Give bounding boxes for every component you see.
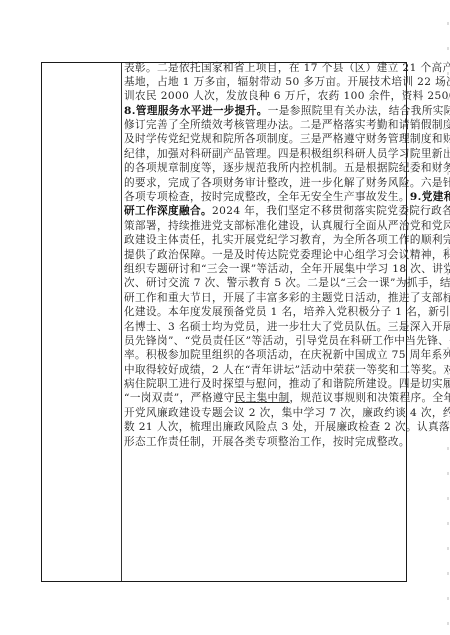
text-line: 率。积极参加院里组织的各项活动，在庆祝新中国成立 75 周年系列活动 bbox=[124, 348, 403, 362]
section-heading: 研工作深度融合。 bbox=[124, 205, 212, 217]
body-text: 的各项规章制度等，逐步规范我所内控机制。五是根据院纪委和财务处 bbox=[124, 162, 450, 174]
text-line: 员先锋岗”、“党员责任区”等活动，引导党员在科研工作中当先锋、作表 bbox=[124, 334, 403, 348]
text-line: 的要求，完成了各项财务审计整改，进一步化解了财务风险。六是针对 bbox=[124, 176, 403, 190]
table-content-cell: 表彰。二是依托国家和省上项目，在 17 个县（区）建立 21 个高产示范基地，占… bbox=[122, 63, 406, 581]
body-text: 纪律，加强对科研副产品管理。四是积极组织科研人员学习院里新出台 bbox=[124, 148, 450, 160]
body-text: 政建设主体责任，扎实开展党纪学习教育，为全所各项工作的顺利完成 bbox=[124, 234, 450, 246]
body-text: 中取得较好成绩，2 人在“青年讲坛”活动中荣获一等奖和二等奖。对患 bbox=[124, 364, 450, 376]
body-text: 表彰。二是依托国家和省上项目，在 17 个县（区）建立 21 个高产示范 bbox=[124, 62, 450, 74]
underlined-text: 民主集中制 bbox=[235, 392, 290, 404]
body-text: 次、研讨交流 7 次、警示教育 5 次。二是以“三会一课”为抓手，结合科 bbox=[124, 277, 450, 289]
text-line: 纪律，加强对科研副产品管理。四是积极组织科研人员学习院里新出台 bbox=[124, 147, 403, 161]
text-line: 8.管理服务水平进一步提升。一是参照院里有关办法，结合我所实际， bbox=[124, 104, 403, 118]
text-line: 化建设。本年度发展预备党员 1 名，培养入党积极分子 1 名，新引进 4 bbox=[124, 305, 403, 319]
text-line: 组织专题研讨和“三会一课”等活动，全年开展集中学习 18 次、讲党课 7 bbox=[124, 262, 403, 276]
body-text: 策部署，持续推进党支部标准化建设，认真履行全面从严治党和党风廉 bbox=[124, 220, 450, 232]
scan-edge-marks bbox=[447, 0, 449, 635]
body-text: 化建设。本年度发展预备党员 1 名，培养入党积极分子 1 名，新引进 4 bbox=[124, 306, 450, 318]
body-text: 的要求，完成了各项财务审计整改，进一步化解了财务风险。六是针对 bbox=[124, 177, 450, 189]
body-text: 数 21 人次，梳理出廉政风险点 3 处，开展廉政检查 2 次。认真落实意识 bbox=[124, 421, 450, 433]
body-text: 一是参照院里有关办法，结合我所实际， bbox=[268, 105, 450, 117]
text-line: 研工作深度融合。2024 年，我们坚定不移贯彻落实院党委院行政各项决 bbox=[124, 204, 403, 218]
text-line: 研工作和重大节日，开展了丰富多彩的主题党日活动，推进了支部标准 bbox=[124, 291, 403, 305]
body-text: 基地，占地 1 万多亩，辐射带动 50 多万亩。开展技术培训 22 场次，培 bbox=[124, 76, 450, 88]
body-text: 研工作和重大节日，开展了丰富多彩的主题党日活动，推进了支部标准 bbox=[124, 292, 450, 304]
text-line: 及时学传党纪党规和院所各项制度。三是严格遵守财务管理制度和财经 bbox=[124, 132, 403, 146]
text-line: 基地，占地 1 万多亩，辐射带动 50 多万亩。开展技术培训 22 场次，培 bbox=[124, 75, 403, 89]
table-label-cell bbox=[42, 63, 121, 581]
section-heading: 8.管理服务水平进一步提升。 bbox=[124, 105, 268, 117]
text-line: 政建设主体责任，扎实开展党纪学习教育，为全所各项工作的顺利完成 bbox=[124, 233, 403, 247]
text-line: 表彰。二是依托国家和省上项目，在 17 个县（区）建立 21 个高产示范 bbox=[124, 61, 403, 75]
text-line: 修订完善了全所绩效考核管理办法。二是严格落实考勤和请销假制度， bbox=[124, 118, 403, 132]
body-text: 提供了政治保障。一是及时传达院党委理论中心组学习会议精神，积极 bbox=[124, 249, 450, 261]
text-line: 中取得较好成绩，2 人在“青年讲坛”活动中荣获一等奖和二等奖。对患 bbox=[124, 363, 403, 377]
report-table: 表彰。二是依托国家和省上项目，在 17 个县（区）建立 21 个高产示范基地，占… bbox=[41, 62, 407, 582]
body-text: 开党风廉政建设专题会议 2 次，集中学习 7 次，廉政约谈 4 次，约谈人 bbox=[124, 407, 450, 419]
body-text: 组织专题研讨和“三会一课”等活动，全年开展集中学习 18 次、讲党课 7 bbox=[124, 263, 450, 275]
text-line: 策部署，持续推进党支部标准化建设，认真履行全面从严治党和党风廉 bbox=[124, 219, 403, 233]
body-text: ，规范议事规则和决策程序。全年召 bbox=[290, 392, 450, 404]
body-text: 员先锋岗”、“党员责任区”等活动，引导党员在科研工作中当先锋、作表 bbox=[124, 335, 450, 347]
text-line: 训农民 2000 人次，发放良种 6 万斤，农药 100 余件，资料 2500 … bbox=[124, 89, 403, 103]
body-text: 修订完善了全所绩效考核管理办法。二是严格落实考勤和请销假制度， bbox=[124, 119, 450, 131]
body-text: “一岗双责”，严格遵守 bbox=[124, 392, 235, 404]
body-text: 形态工作责任制，开展各类专项整治工作，按时完成整改。 bbox=[124, 436, 410, 448]
text-line: 各项专项检查，按时完成整改，全年无安全生产事故发生。9.党建和科 bbox=[124, 190, 403, 204]
text-line: 名博士、3 名硕士均为党员，进一步壮大了党员队伍。三是深入开展“党 bbox=[124, 320, 403, 334]
body-text: 训农民 2000 人次，发放良种 6 万斤，农药 100 余件，资料 2500 … bbox=[124, 90, 450, 102]
text-line: “一岗双责”，严格遵守民主集中制，规范议事规则和决策程序。全年召 bbox=[124, 391, 403, 405]
body-text: 病住院职工进行及时探望与慰问，推动了和谐院所建设。四是切实履行 bbox=[124, 378, 450, 390]
text-line: 病住院职工进行及时探望与慰问，推动了和谐院所建设。四是切实履行 bbox=[124, 377, 403, 391]
body-text: 及时学传党纪党规和院所各项制度。三是严格遵守财务管理制度和财经 bbox=[124, 133, 450, 145]
text-line: 次、研讨交流 7 次、警示教育 5 次。二是以“三会一课”为抓手，结合科 bbox=[124, 276, 403, 290]
section-heading: 9.党建和科 bbox=[410, 191, 450, 203]
text-line: 形态工作责任制，开展各类专项整治工作，按时完成整改。 bbox=[124, 435, 403, 449]
text-line: 的各项规章制度等，逐步规范我所内控机制。五是根据院纪委和财务处 bbox=[124, 161, 403, 175]
body-text: 各项专项检查，按时完成整改，全年无安全生产事故发生。 bbox=[124, 191, 410, 203]
body-text: 率。积极参加院里组织的各项活动，在庆祝新中国成立 75 周年系列活动 bbox=[124, 349, 450, 361]
text-line: 开党风廉政建设专题会议 2 次，集中学习 7 次，廉政约谈 4 次，约谈人 bbox=[124, 406, 403, 420]
text-line: 数 21 人次，梳理出廉政风险点 3 处，开展廉政检查 2 次。认真落实意识 bbox=[124, 420, 403, 434]
text-line: 提供了政治保障。一是及时传达院党委理论中心组学习会议精神，积极 bbox=[124, 248, 403, 262]
body-text: 名博士、3 名硕士均为党员，进一步壮大了党员队伍。三是深入开展“党 bbox=[124, 321, 450, 333]
body-text: 2024 年，我们坚定不移贯彻落实院党委院行政各项决 bbox=[212, 205, 450, 217]
